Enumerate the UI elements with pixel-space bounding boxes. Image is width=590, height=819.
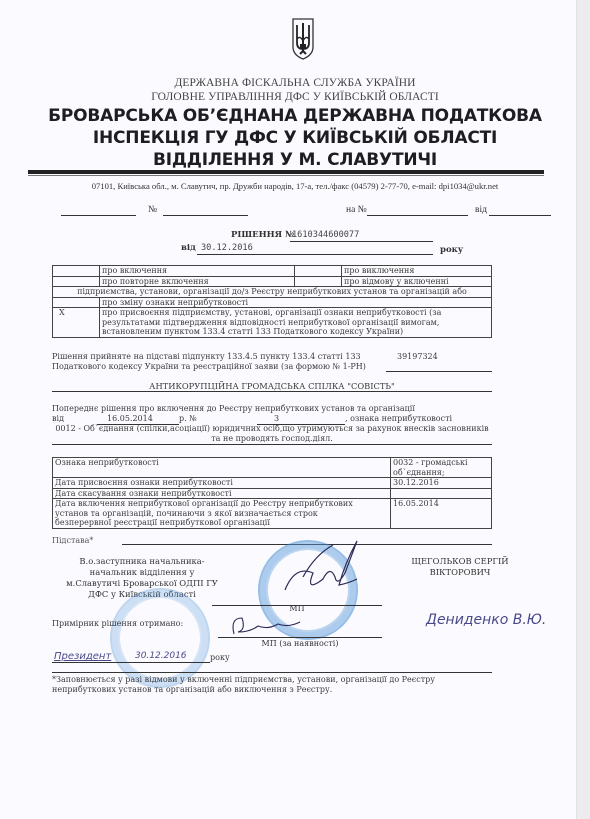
official-signature-icon [275,535,365,605]
info-value [391,488,492,499]
checkbox-include[interactable] [53,266,100,277]
checkbox-reinclude[interactable] [53,276,100,287]
handwritten-recipient-name: Дениденко В.Ю. [426,612,546,628]
checkbox-exclude[interactable] [295,266,342,277]
previous-sign-underline [52,444,492,445]
checkbox-refuse[interactable] [295,276,342,287]
footnote-line1: *Заповнюється у разі відмови у включенні… [52,675,435,685]
previous-decision-intro: Попереднє рішення про включення до Реєст… [52,404,415,414]
nonprofit-info-table: Ознака неприбутковості 0032 - громадські… [52,457,492,529]
from-label: від [475,205,487,215]
decision-number: 1610344600077 [292,230,359,240]
outgoing-date-line [61,215,136,216]
official-position-line2: начальник відділення у [52,567,232,578]
previous-decision-number: 3 [274,414,279,424]
option-include-label: про включення [100,266,295,277]
previous-sign-line1: 0012 - Об`єднання (спілки,асоціації) юри… [52,424,492,434]
basis-line1: Рішення прийняте на підставі підпункту 1… [52,352,361,362]
decision-date-line [197,254,433,255]
table-row: X про присвоєння підприємству, установі,… [53,308,492,338]
recipient-signature-line [218,637,382,638]
incoming-date-line [489,215,551,216]
table-row: про повторне включення про відмову у вкл… [53,276,492,287]
basis-line2: Податкового кодексу України та реєстраці… [52,362,366,372]
incoming-number-line [367,215,468,216]
registry-subject-text: підприємства, установи, організації до/з… [53,287,492,298]
received-year-suffix: року [210,653,230,663]
handwritten-received-date: 30.12.2016 [135,651,187,661]
header-divider-thick [28,170,544,174]
header-title-line3: ВІДДІЛЕННЯ У М. СЛАВУТИЧІ [0,150,590,170]
official-position-line3: м.Славутичі Броварської ОДПІ ГУ [52,578,232,589]
received-label: Примірник рішення отримано: [52,619,183,629]
table-row: про зміну ознаки неприбутковості [53,297,492,308]
info-value: 16.05.2014 [391,499,492,529]
table-row: Дата включення неприбуткової організації… [53,499,492,529]
basis-line-underline [386,371,492,372]
taxpayer-code: 39197324 [397,352,438,362]
decision-date: 30.12.2016 [201,243,253,253]
table-row: Дата присвоєння ознаки неприбутковості 3… [53,478,492,489]
previous-from-label: від [52,414,64,424]
info-label: Дата включення неприбуткової організації… [53,499,391,529]
organization-name: АНТИКОРУПЦІЙНА ГРОМАДСЬКА СПІЛКА "СОВІСТ… [52,381,492,391]
nonprofit-sign-label: , ознака неприбутковості [345,414,452,424]
info-value: 0032 - громадські об`єднання; [391,458,492,478]
official-name-line1: ЩЕГОЛЬКОВ СЕРГІЙ [385,556,535,567]
info-label: Дата присвоєння ознаки неприбутковості [53,478,391,489]
info-label: Ознака неприбутковості [53,458,391,478]
coat-of-arms-icon [291,17,315,61]
footnote-divider [52,672,492,673]
basis-label: Підстава* [52,536,93,546]
checkbox-change-sign[interactable] [53,297,100,308]
table-row: Дата скасування ознаки неприбутковості [53,488,492,499]
table-row: підприємства, установи, організації до/з… [53,287,492,298]
organization-stamp [110,588,210,688]
header-address: 07101, Київська обл., м. Славутич, пр. Д… [0,181,590,191]
handwritten-recipient-position: Президент [54,651,111,662]
option-assign-sign-label: про присвоєння підприємству, установі, о… [100,308,492,338]
previous-sign-line2: та не проводять господ.діял. [52,434,492,444]
on-number-label: на № [346,205,367,215]
footnote-line2: неприбуткових установ та організацій або… [52,685,332,695]
decision-title: РІШЕННЯ № [231,230,294,240]
header-title-line1: БРОВАРСЬКА ОБ’ЄДНАНА ДЕРЖАВНА ПОДАТКОВА [0,106,590,126]
decision-number-line [290,241,433,242]
official-name-line2: ВІКТОРОВИЧ [385,567,535,578]
received-stamp-label: МП (за наявності) [218,639,382,650]
info-label: Дата скасування ознаки неприбутковості [53,488,391,499]
recipient-signature-icon [228,612,308,638]
header-line-service: ДЕРЖАВНА ФІСКАЛЬНА СЛУЖБА УКРАЇНИ [0,77,590,89]
option-exclude-label: про виключення [342,266,492,277]
official-position-line1: В.о.заступника начальника- [52,556,232,567]
option-reinclude-label: про повторне включення [100,276,295,287]
option-change-sign-label: про зміну ознаки неприбутковості [100,297,492,308]
table-row: про включення про виключення [53,266,492,277]
received-date-line [52,662,210,663]
decision-date-label: від [181,243,196,253]
header-title-line2: ІНСПЕКЦІЯ ГУ ДФС У КИЇВСЬКІЙ ОБЛАСТІ [0,128,590,148]
decision-type-table: про включення про виключення про повторн… [52,265,492,338]
organization-underline [52,391,492,392]
header-line-department: ГОЛОВНЕ УПРАВЛІННЯ ДФС У КИЇВСЬКІЙ ОБЛАС… [0,91,590,103]
info-value: 30.12.2016 [391,478,492,489]
number-label: № [148,205,157,215]
year-suffix: року [440,245,463,255]
checkbox-assign-sign[interactable]: X [53,308,100,338]
previous-number-label: р. № [179,414,197,424]
header-divider-thin [28,175,544,176]
table-row: Ознака неприбутковості 0032 - громадські… [53,458,492,478]
option-refuse-label: про відмову у включенні [342,276,492,287]
previous-decision-date: 16.05.2014 [107,414,153,424]
outgoing-number-line [163,215,248,216]
